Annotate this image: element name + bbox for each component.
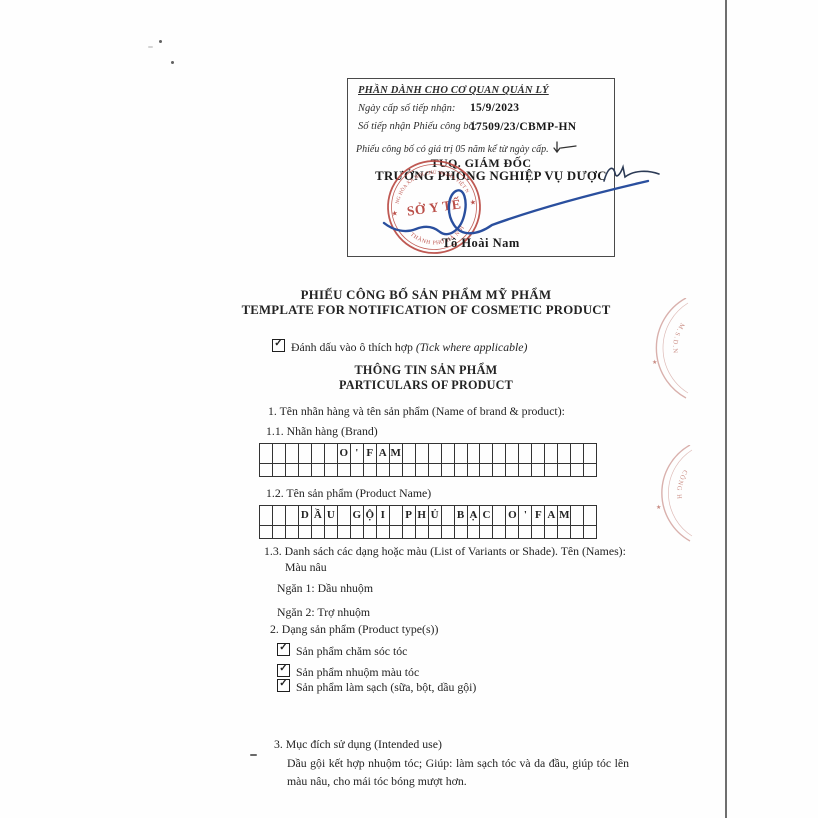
svg-text:CÔNG H: CÔNG H	[675, 469, 688, 501]
grid-cell	[519, 526, 532, 538]
grid-cell	[468, 444, 481, 463]
grid-cell: M	[558, 506, 571, 525]
grid-cell	[545, 526, 558, 538]
grid-cell	[558, 444, 571, 463]
grid-cell	[493, 464, 506, 476]
grid-cell	[364, 526, 377, 538]
item-1-3-value: Màu nâu	[285, 560, 327, 575]
grid-cell	[377, 526, 390, 538]
grid-cell	[571, 464, 584, 476]
grid-cell	[390, 526, 403, 538]
grid-cell	[468, 526, 481, 538]
grid-cell	[377, 464, 390, 476]
authority-section-box: PHẦN DÀNH CHO CƠ QUAN QUẢN LÝ Ngày cấp s…	[347, 78, 615, 257]
grid-cell	[273, 526, 286, 538]
grid-cell: H	[416, 506, 429, 525]
item-1-3-label: 1.3. Danh sách các dạng hoặc màu (List o…	[264, 544, 626, 559]
grid-cell	[442, 526, 455, 538]
grid-cell	[571, 444, 584, 463]
grid-cell	[260, 444, 273, 463]
brand-letter-grid: O'FAM	[259, 443, 597, 477]
grid-cell	[286, 444, 299, 463]
grid-cell: Ầ	[312, 506, 325, 525]
item-1-1-label: 1.1. Nhãn hàng (Brand)	[266, 424, 378, 439]
grid-row: O'FAM	[260, 444, 596, 463]
product-type-label: Sản phẩm chăm sóc tóc	[296, 644, 407, 658]
grid-cell	[442, 464, 455, 476]
grid-cell: Ộ	[364, 506, 377, 525]
checkbox-checked-icon: ✓	[277, 643, 290, 656]
grid-cell	[584, 506, 596, 525]
grid-cell	[403, 464, 416, 476]
ink-smudge	[148, 46, 153, 48]
grid-cell	[558, 464, 571, 476]
grid-cell: U	[325, 506, 338, 525]
grid-cell	[351, 526, 364, 538]
product-type-row: ✓Sản phẩm nhuộm màu tóc	[277, 664, 419, 680]
grid-cell	[545, 444, 558, 463]
grid-cell	[584, 526, 596, 538]
document-title-vi: PHIẾU CÔNG BỐ SẢN PHẨM MỸ PHẨM	[124, 288, 728, 303]
grid-cell: A	[377, 444, 390, 463]
product-type-label: Sản phẩm nhuộm màu tóc	[296, 665, 419, 679]
grid-cell: B	[455, 506, 468, 525]
variant-2: Ngăn 2: Trợ nhuộm	[277, 605, 370, 620]
grid-cell	[260, 464, 273, 476]
grid-cell	[338, 526, 351, 538]
grid-cell: P	[403, 506, 416, 525]
grid-cell	[325, 464, 338, 476]
grid-cell: D	[299, 506, 312, 525]
grid-cell	[312, 444, 325, 463]
grid-cell	[273, 506, 286, 525]
grid-cell	[455, 444, 468, 463]
grid-cell	[584, 444, 596, 463]
grid-cell	[286, 526, 299, 538]
grid-cell	[558, 526, 571, 538]
receipt-number-label: Số tiếp nhận Phiếu công bố:	[358, 121, 477, 132]
grid-row	[260, 525, 596, 538]
grid-cell	[468, 464, 481, 476]
checkbox-checked-icon: ✓	[272, 339, 285, 352]
grid-cell	[442, 444, 455, 463]
grid-cell	[545, 464, 558, 476]
grid-cell	[338, 464, 351, 476]
grid-cell	[299, 444, 312, 463]
section-heading-vi: THÔNG TIN SẢN PHẨM	[124, 363, 728, 378]
grid-cell	[480, 444, 493, 463]
grid-cell: Ủ	[429, 506, 442, 525]
grid-cell	[325, 526, 338, 538]
grid-cell	[442, 506, 455, 525]
grid-cell	[480, 526, 493, 538]
grid-cell	[519, 464, 532, 476]
svg-text:M.S.D.N: M.S.D.N	[671, 322, 685, 355]
grid-cell	[416, 464, 429, 476]
grid-cell	[286, 506, 299, 525]
grid-cell	[403, 444, 416, 463]
grid-cell: M	[390, 444, 403, 463]
product-type-label: Sản phẩm làm sạch (sữa, bột, dầu gội)	[296, 680, 476, 694]
grid-cell: F	[532, 506, 545, 525]
grid-cell	[429, 464, 442, 476]
grid-cell	[273, 464, 286, 476]
grid-cell	[390, 464, 403, 476]
item-1-2-label: 1.2. Tên sản phẩm (Product Name)	[266, 486, 431, 501]
product-name-letter-grid: DẦUGỘIPHỦBẠCO'FAM	[259, 505, 597, 539]
section-heading: THÔNG TIN SẢN PHẨM PARTICULARS OF PRODUC…	[124, 363, 728, 393]
grid-cell	[455, 526, 468, 538]
grid-cell	[532, 464, 545, 476]
edge-company-stamp-bottom: CÔNG H ★	[628, 445, 728, 545]
item-3-label: 3. Mục đích sử dụng (Intended use)	[274, 737, 442, 752]
scan-edge-line	[725, 0, 727, 818]
grid-cell	[455, 464, 468, 476]
signer-name: Tô Hoài Nam	[348, 236, 614, 251]
edge-stamp-top-text: M.S.D.N	[671, 322, 685, 355]
grid-cell	[286, 464, 299, 476]
grid-cell: '	[519, 506, 532, 525]
grid-cell: F	[364, 444, 377, 463]
grid-cell	[429, 444, 442, 463]
grid-cell	[260, 526, 273, 538]
grid-cell	[312, 526, 325, 538]
section-heading-en: PARTICULARS OF PRODUCT	[124, 378, 728, 393]
checkbox-checked-icon: ✓	[277, 679, 290, 692]
receipt-date-label: Ngày cấp số tiếp nhận:	[358, 103, 455, 114]
grid-cell	[312, 464, 325, 476]
grid-cell	[351, 464, 364, 476]
grid-cell: C	[480, 506, 493, 525]
grid-cell: A	[545, 506, 558, 525]
document-title: PHIẾU CÔNG BỐ SẢN PHẨM MỸ PHẨM TEMPLATE …	[124, 288, 728, 318]
grid-cell	[584, 464, 596, 476]
grid-cell	[260, 506, 273, 525]
grid-cell: Ạ	[468, 506, 481, 525]
grid-cell	[299, 464, 312, 476]
grid-cell	[506, 444, 519, 463]
document-title-en: TEMPLATE FOR NOTIFICATION OF COSMETIC PR…	[124, 303, 728, 318]
grid-cell	[506, 526, 519, 538]
item-2-label: 2. Dạng sản phẩm (Product type(s))	[270, 622, 438, 637]
grid-row: DẦUGỘIPHỦBẠCO'FAM	[260, 506, 596, 525]
edge-stamp-bottom-text: CÔNG H	[675, 469, 688, 501]
grid-cell	[364, 464, 377, 476]
grid-cell	[273, 444, 286, 463]
grid-cell	[493, 444, 506, 463]
grid-cell	[325, 444, 338, 463]
grid-cell	[532, 526, 545, 538]
receipt-number-value: 17509/23/CBMP-HN	[470, 121, 576, 133]
handwritten-arrow-icon	[552, 141, 578, 157]
grid-cell	[571, 506, 584, 525]
intended-use-text: Dầu gội kết hợp nhuộm tóc; Giúp: làm sạc…	[287, 754, 629, 791]
grid-cell	[571, 526, 584, 538]
grid-cell	[506, 464, 519, 476]
grid-cell	[403, 526, 416, 538]
ink-dash	[250, 754, 257, 756]
item-1-label: 1. Tên nhãn hàng và tên sản phẩm (Name o…	[268, 404, 565, 419]
grid-cell: I	[377, 506, 390, 525]
tick-note-en: (Tick where applicable)	[416, 340, 528, 354]
scanned-document-page: PHẦN DÀNH CHO CƠ QUAN QUẢN LÝ Ngày cấp s…	[0, 0, 818, 818]
authority-box-header: PHẦN DÀNH CHO CƠ QUAN QUẢN LÝ	[358, 85, 549, 96]
tick-note: ✓Đánh dấu vào ô thích hợp (Tick where ap…	[272, 339, 527, 355]
grid-cell	[338, 506, 351, 525]
grid-cell	[390, 506, 403, 525]
grid-cell	[493, 506, 506, 525]
ink-dot	[171, 61, 174, 64]
grid-cell	[493, 526, 506, 538]
checkbox-checked-icon: ✓	[277, 664, 290, 677]
edge-stamp-star-icon: ★	[656, 504, 661, 511]
variant-1: Ngăn 1: Dầu nhuộm	[277, 581, 373, 596]
grid-cell	[519, 444, 532, 463]
grid-cell	[429, 526, 442, 538]
product-type-row: ✓Sản phẩm làm sạch (sữa, bột, dầu gội)	[277, 679, 476, 695]
grid-cell	[480, 464, 493, 476]
grid-cell: O	[506, 506, 519, 525]
grid-cell	[299, 526, 312, 538]
grid-cell	[416, 444, 429, 463]
signature-stroke	[376, 161, 676, 246]
product-type-row: ✓Sản phẩm chăm sóc tóc	[277, 643, 407, 659]
grid-cell: G	[351, 506, 364, 525]
grid-cell	[532, 444, 545, 463]
grid-cell: O	[338, 444, 351, 463]
receipt-date-value: 15/9/2023	[470, 102, 519, 114]
grid-row	[260, 463, 596, 476]
grid-cell: '	[351, 444, 364, 463]
ink-dot	[159, 40, 162, 43]
grid-cell	[416, 526, 429, 538]
